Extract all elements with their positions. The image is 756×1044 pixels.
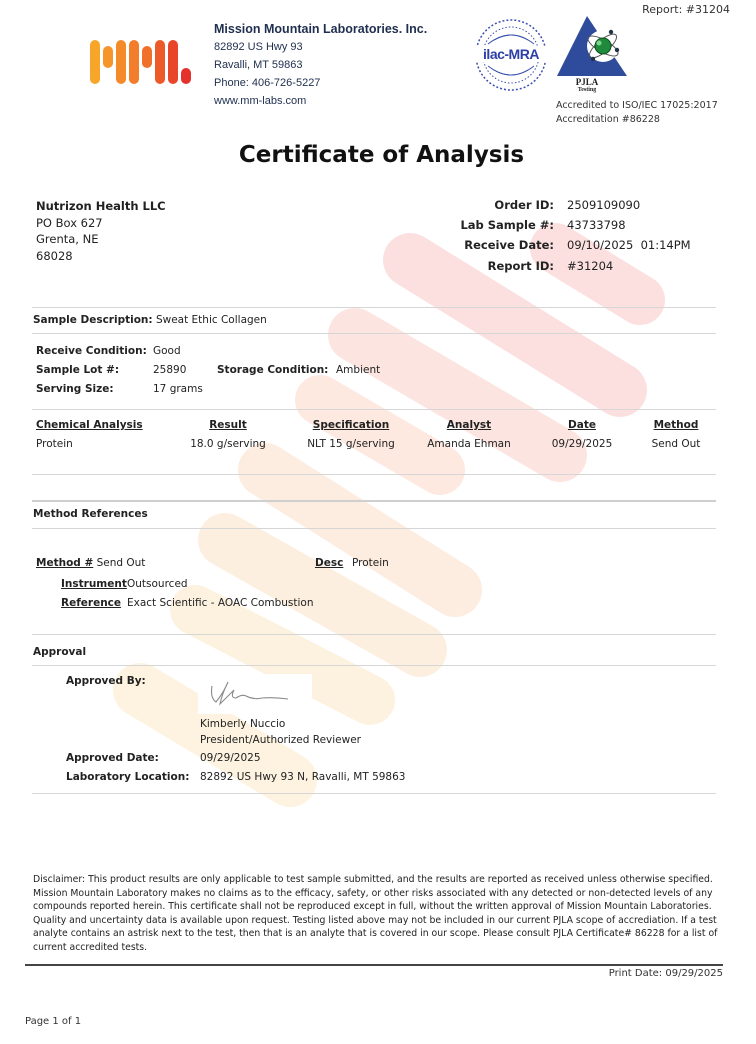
desc-label: Desc bbox=[315, 557, 343, 569]
serving-size-label: Serving Size: bbox=[36, 383, 114, 395]
approval-heading: Approval bbox=[33, 646, 86, 658]
divider bbox=[32, 665, 716, 666]
approved-date-label: Approved Date: bbox=[66, 752, 159, 764]
col-header-specification: Specification bbox=[296, 419, 406, 431]
lab-address-line2: Ravalli, MT 59863 bbox=[214, 59, 302, 71]
divider bbox=[32, 528, 716, 529]
divider bbox=[32, 793, 716, 794]
col-header-analyst: Analyst bbox=[419, 419, 519, 431]
lab-name: Mission Mountain Laboratories. Inc. bbox=[214, 22, 427, 36]
lab-location-value: 82892 US Hwy 93 N, Ravalli, MT 59863 bbox=[200, 771, 405, 783]
client-zip: 68028 bbox=[36, 248, 166, 265]
sample-description: Sample Description: Sweat Ethic Collagen bbox=[33, 314, 267, 326]
sample-description-label: Sample Description: bbox=[33, 314, 153, 326]
order-id-label: Order ID: bbox=[404, 198, 554, 212]
receive-date-value: 09/10/2025 01:14PM bbox=[567, 238, 691, 252]
order-id-value: 2509109090 bbox=[567, 198, 640, 212]
cell-result: 18.0 g/serving bbox=[178, 438, 278, 450]
method-number: Method # Send Out bbox=[36, 557, 145, 569]
reference-label: Reference bbox=[61, 597, 121, 609]
pjla-sub-label: Testing bbox=[555, 87, 619, 93]
serving-size-value: 17 grams bbox=[153, 383, 203, 395]
approved-by-label: Approved By: bbox=[66, 675, 146, 687]
approver-name: Kimberly Nuccio bbox=[200, 718, 285, 730]
report-id-value: #31204 bbox=[567, 259, 613, 273]
client-address: Nutrizon Health LLC PO Box 627 Grenta, N… bbox=[36, 198, 166, 264]
method-references-heading: Method References bbox=[33, 508, 148, 520]
col-header-date: Date bbox=[542, 419, 622, 431]
reference-value: Exact Scientific - AOAC Combustion bbox=[127, 597, 314, 609]
report-number: Report: #31204 bbox=[642, 3, 730, 16]
lab-location-label: Laboratory Location: bbox=[66, 771, 189, 783]
pjla-badge: PJLA Testing bbox=[555, 14, 635, 98]
cell-date: 09/29/2025 bbox=[542, 438, 622, 450]
client-name: Nutrizon Health LLC bbox=[36, 198, 166, 215]
lab-website: www.mm-labs.com bbox=[214, 95, 306, 107]
divider bbox=[32, 634, 716, 635]
approved-date-value: 09/29/2025 bbox=[200, 752, 261, 764]
divider bbox=[32, 500, 716, 502]
pjla-label: PJLA bbox=[555, 77, 619, 87]
signature-image bbox=[198, 674, 312, 714]
col-header-chemical-analysis: Chemical Analysis bbox=[36, 419, 143, 431]
storage-condition-value: Ambient bbox=[336, 364, 380, 376]
footer-divider bbox=[25, 964, 723, 966]
receive-condition-label: Receive Condition: bbox=[36, 345, 147, 357]
cell-specification: NLT 15 g/serving bbox=[296, 438, 406, 450]
divider bbox=[32, 307, 716, 308]
pjla-triangle-icon bbox=[555, 14, 635, 78]
cell-analyst: Amanda Ehman bbox=[419, 438, 519, 450]
col-header-result: Result bbox=[178, 419, 278, 431]
accreditation-standard: Accredited to ISO/IEC 17025:2017 bbox=[556, 100, 718, 111]
lab-sample-label: Lab Sample #: bbox=[404, 218, 554, 232]
ilac-label: ilac-MRA bbox=[475, 46, 547, 62]
report-id-label: Report ID: bbox=[404, 259, 554, 273]
divider bbox=[32, 474, 716, 475]
sample-description-value: Sweat Ethic Collagen bbox=[156, 314, 267, 326]
lab-address-line1: 82892 US Hwy 93 bbox=[214, 41, 303, 53]
signature-icon bbox=[198, 674, 312, 714]
desc-value: Protein bbox=[352, 557, 389, 569]
instrument-value: Outsourced bbox=[127, 578, 188, 590]
page-number: Page 1 of 1 bbox=[25, 1016, 81, 1027]
receive-date-label: Receive Date: bbox=[404, 238, 554, 252]
lab-phone: Phone: 406-726-5227 bbox=[214, 77, 320, 89]
ilac-mra-badge: ilac-MRA bbox=[474, 18, 548, 92]
print-date: Print Date: 09/29/2025 bbox=[609, 968, 723, 979]
receive-condition-value: Good bbox=[153, 345, 181, 357]
storage-condition-label: Storage Condition: bbox=[217, 364, 328, 376]
page-title: Certificate of Analysis bbox=[0, 142, 756, 168]
cell-method: Send Out bbox=[640, 438, 712, 450]
instrument-label: Instrument bbox=[61, 578, 127, 590]
col-header-method: Method bbox=[640, 419, 712, 431]
sample-lot-label: Sample Lot #: bbox=[36, 364, 119, 376]
lab-logo-icon bbox=[88, 38, 200, 86]
client-address-line1: PO Box 627 bbox=[36, 215, 166, 232]
sample-lot-value: 25890 bbox=[153, 364, 186, 376]
divider bbox=[32, 333, 716, 334]
method-number-label: Method # bbox=[36, 557, 93, 569]
lab-sample-value: 43733798 bbox=[567, 218, 626, 232]
cell-analyte: Protein bbox=[36, 438, 73, 450]
accreditation-number: Accreditation #86228 bbox=[556, 114, 660, 125]
divider bbox=[32, 409, 716, 410]
method-number-value: Send Out bbox=[97, 557, 146, 569]
disclaimer-text: Disclaimer: This product results are onl… bbox=[33, 873, 723, 954]
approver-title: President/Authorized Reviewer bbox=[200, 734, 361, 746]
client-address-line2: Grenta, NE bbox=[36, 231, 166, 248]
